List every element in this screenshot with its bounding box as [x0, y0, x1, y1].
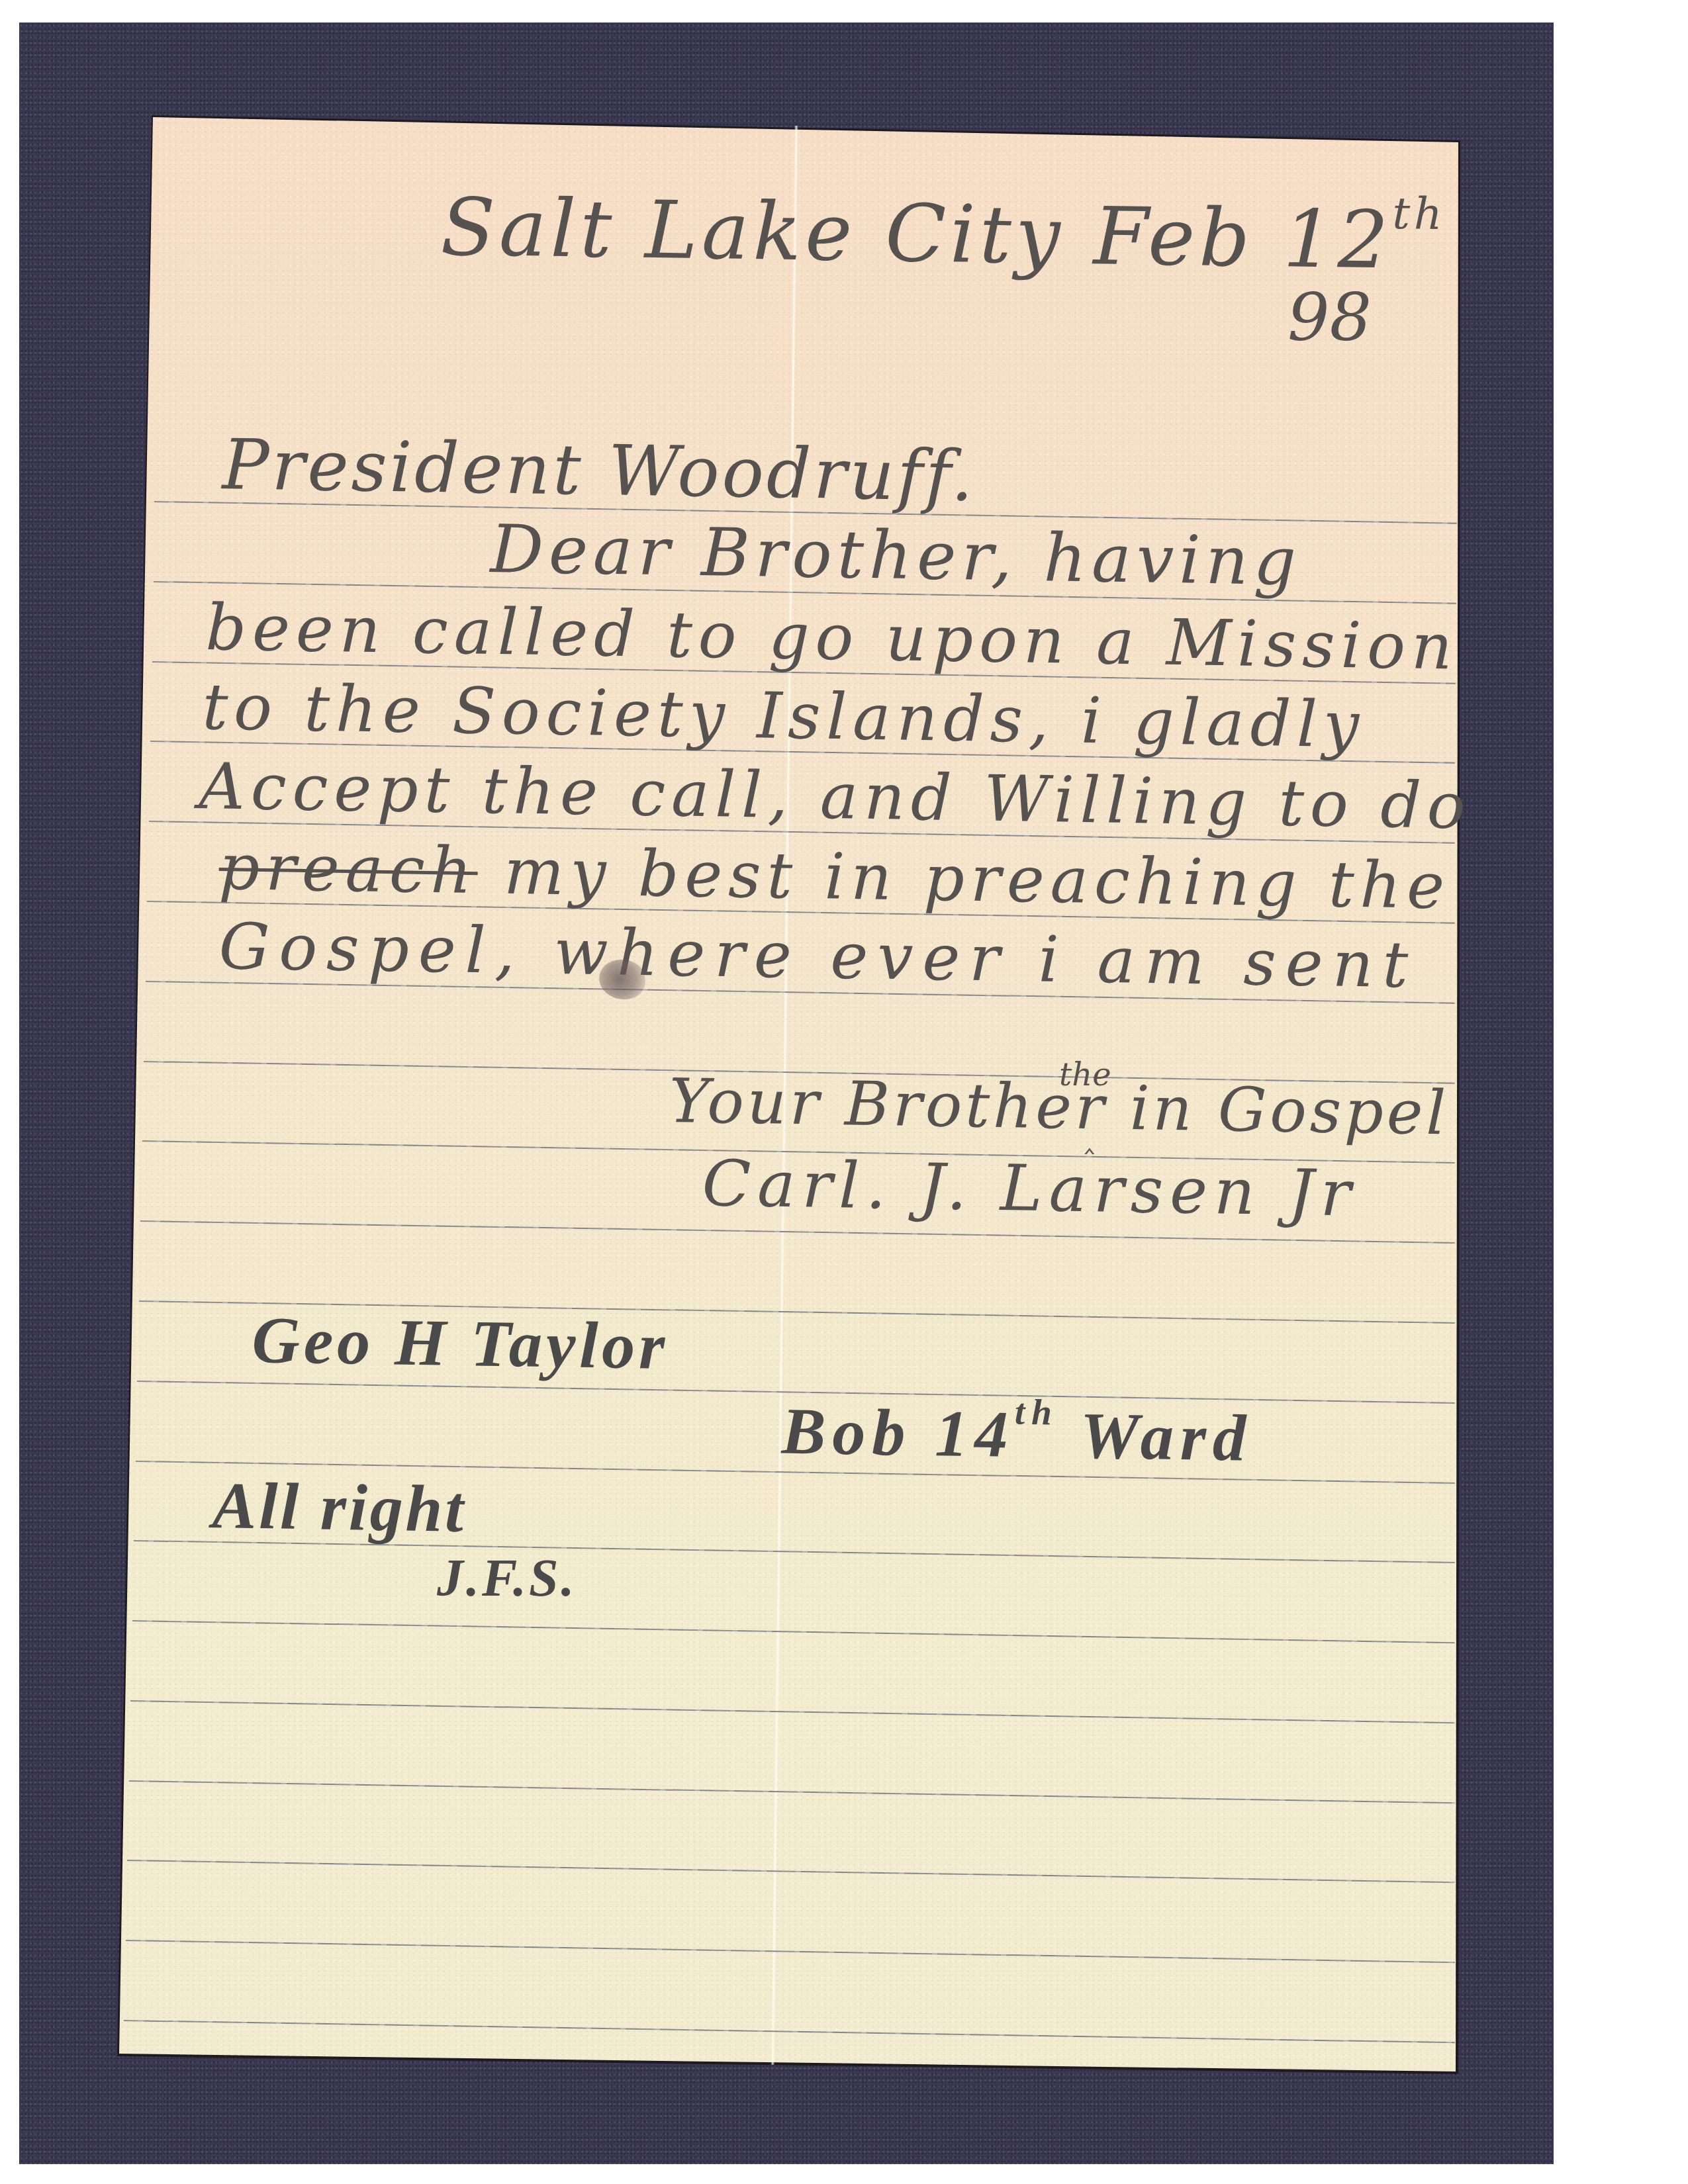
- approver-initials: J.F.S.: [437, 1549, 577, 1608]
- signature: Carl. J. Larsen Jr: [702, 1152, 1358, 1226]
- ward-word: Ward: [1080, 1399, 1253, 1475]
- inserted-word-text: the: [1059, 1056, 1111, 1093]
- letter-heading-year: 98: [1288, 285, 1372, 351]
- body-line-text: my best in preaching the: [503, 835, 1451, 923]
- addressee: President Woodruff.: [222, 430, 976, 512]
- year-text: 98: [1288, 279, 1372, 356]
- ward-suffix: th: [1015, 1392, 1059, 1433]
- body-line-4: preach my best in preaching the: [218, 835, 1451, 918]
- inserted-word: the: [1059, 1059, 1111, 1091]
- place-date-text: Salt Lake City Feb 12: [440, 181, 1393, 287]
- insertion-caret-icon: ‸: [1084, 1118, 1095, 1154]
- signature-text: Carl. J. Larsen Jr: [702, 1146, 1358, 1231]
- annotation-bishop: Geo H Taylor: [252, 1307, 669, 1380]
- annotation-initials: J.F.S.: [437, 1552, 577, 1605]
- closing-end-text: Gospel: [1217, 1074, 1449, 1148]
- greeting-text: Dear Brother, having: [490, 510, 1302, 600]
- body-line-2: to the Society Islands, i gladly: [202, 675, 1366, 757]
- body-line-3: Accept the call, and Willing to do: [199, 754, 1472, 838]
- bishop-name: Geo H Taylor: [252, 1303, 669, 1383]
- closing-text: Your Brother in: [669, 1066, 1196, 1144]
- struck-word: preach: [218, 830, 479, 908]
- approval-text: All right: [212, 1469, 467, 1546]
- body-line-1: been called to go upon a Mission: [205, 596, 1459, 679]
- ink-blot: [599, 960, 645, 999]
- date-suffix: th: [1392, 188, 1446, 240]
- greeting: Dear Brother, having: [490, 516, 1302, 595]
- letter-heading-place-date: Salt Lake City Feb 12th: [440, 179, 1446, 282]
- annotation-approval: All right: [212, 1473, 467, 1543]
- annotation-ward: Bob 14th Ward: [781, 1390, 1253, 1472]
- addressee-text: President Woodruff.: [222, 424, 976, 517]
- body-line-5: Gospel, where ever i am sent: [218, 915, 1418, 997]
- ward-prefix: Bob 14: [781, 1394, 1015, 1472]
